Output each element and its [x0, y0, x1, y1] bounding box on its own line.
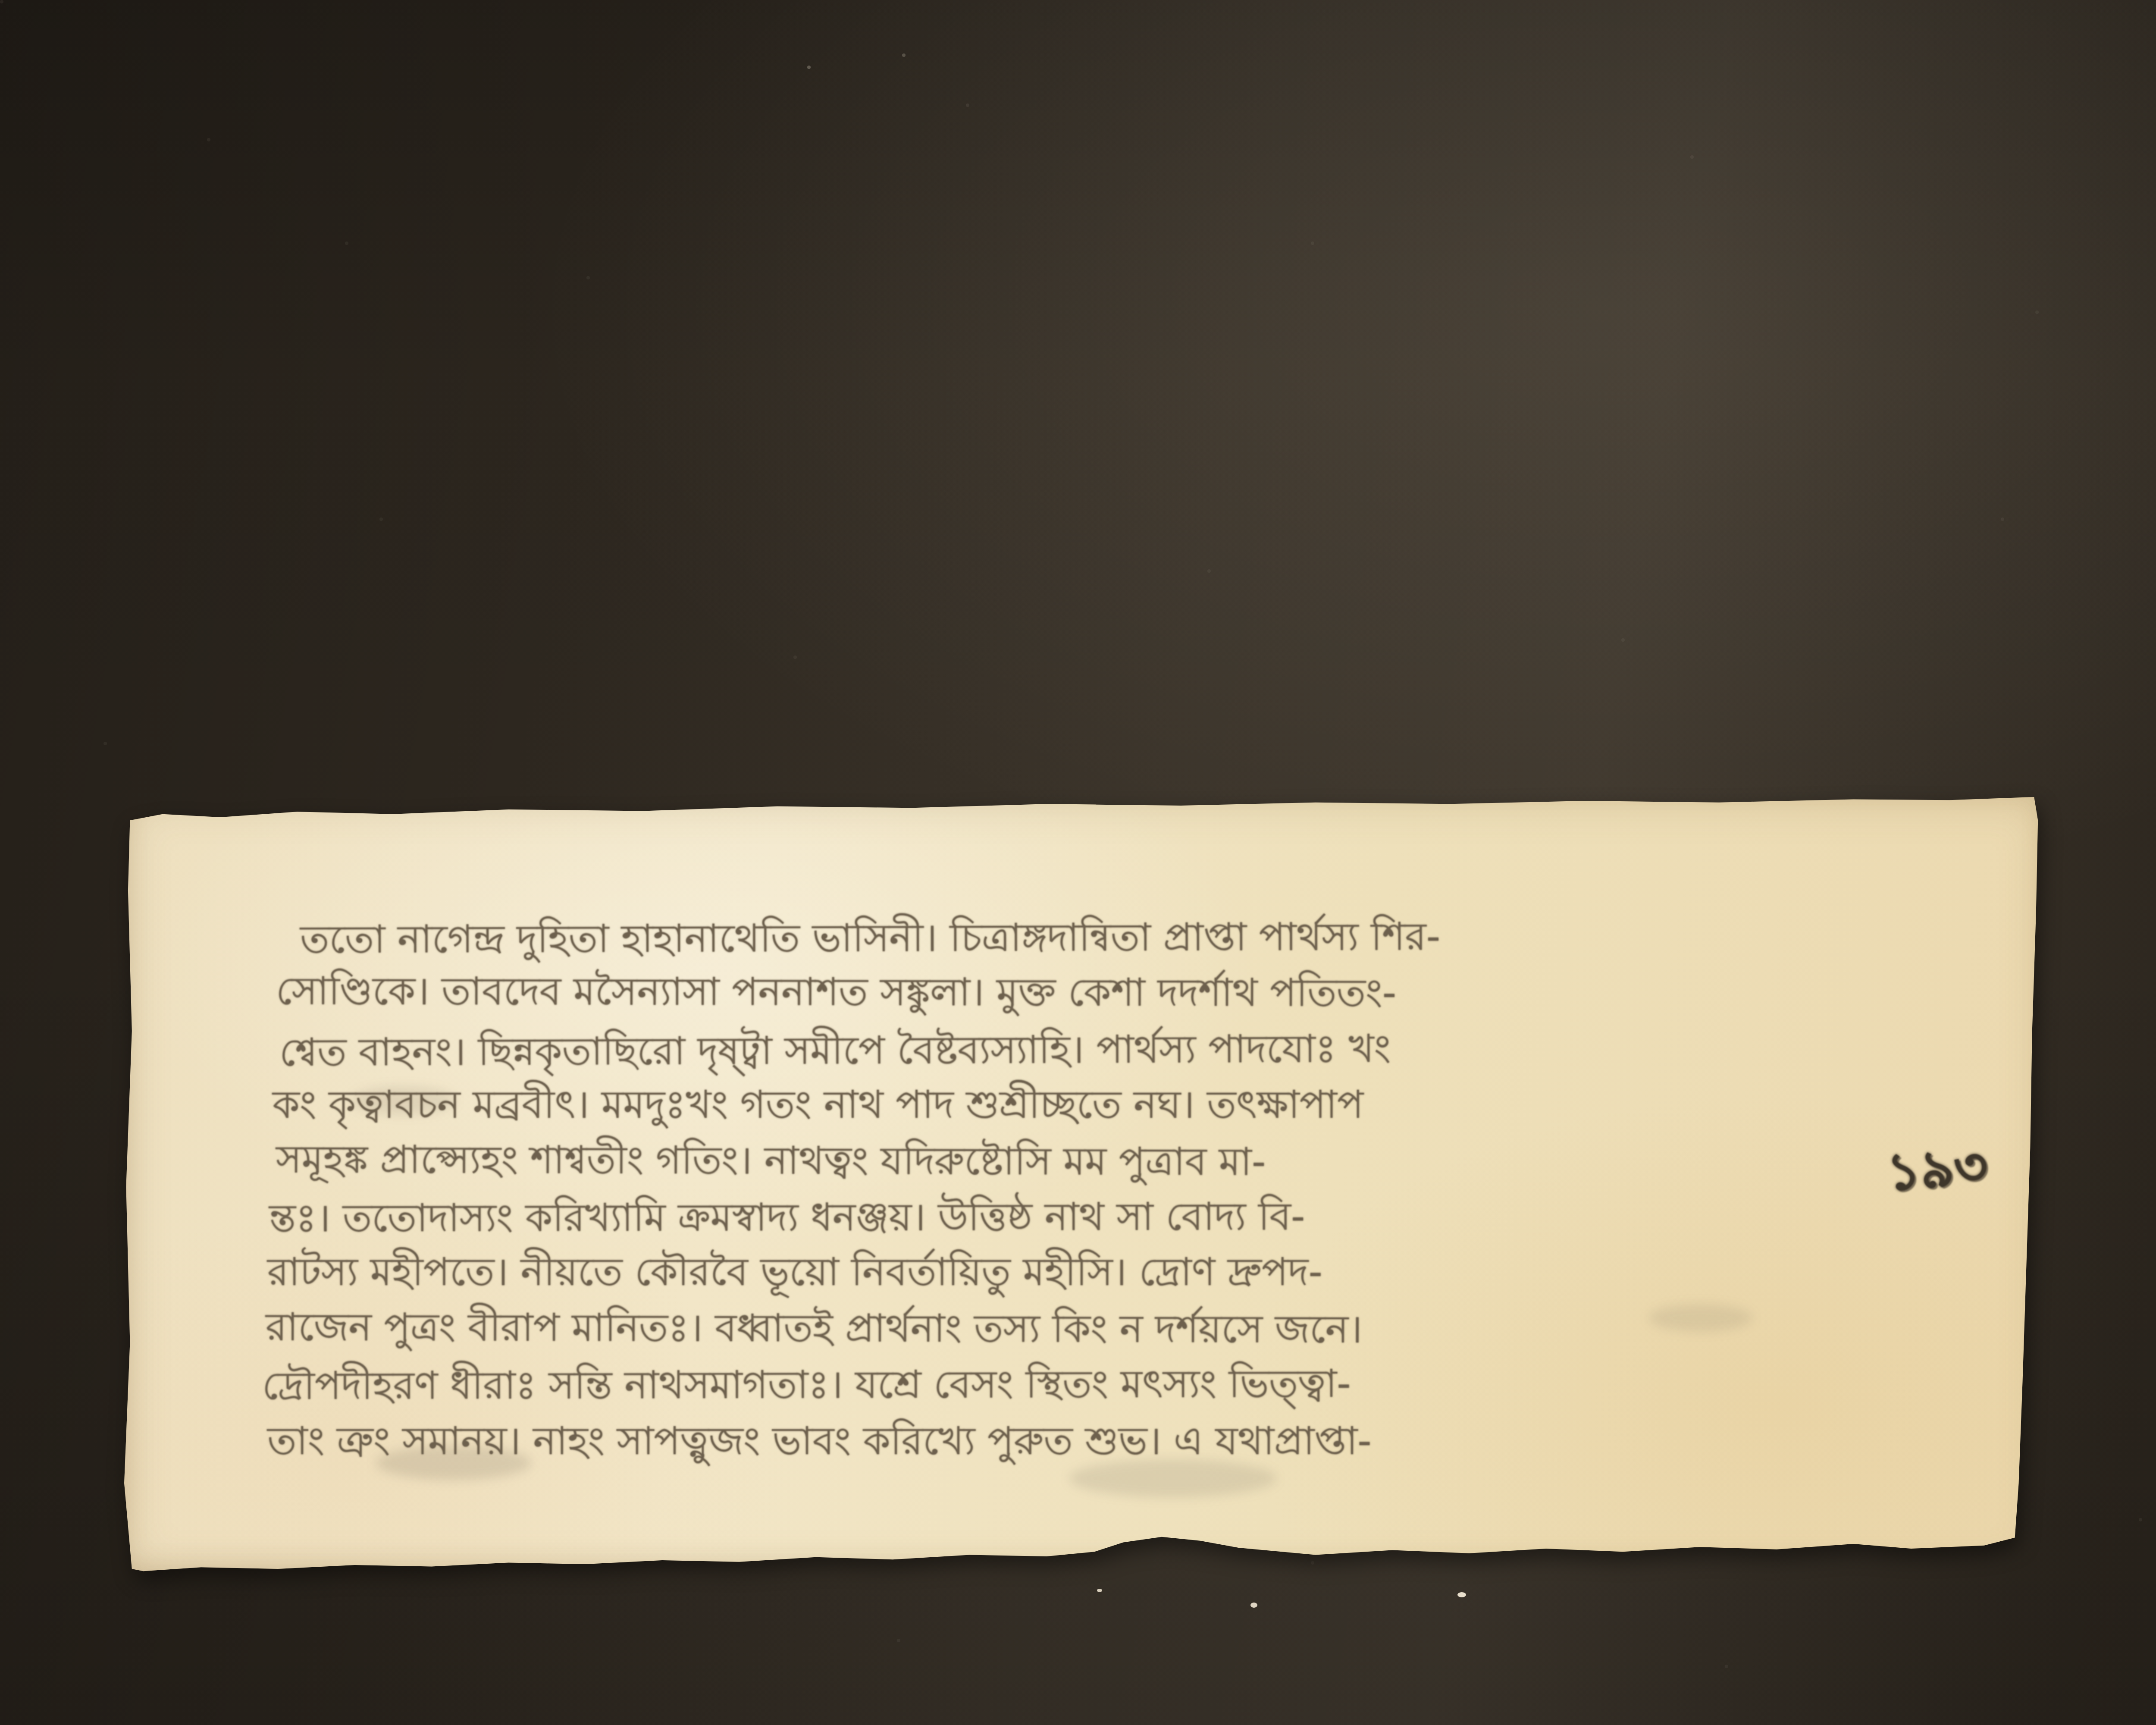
text-line: দ্রৌপদীহরণ ধীরাঃ সন্তি নাথসমাগতাঃ। যশ্রে…: [262, 1356, 2018, 1415]
backing-board-speckles: [0, 0, 3, 3]
dust-speck: [807, 66, 811, 69]
text-line: রাজেন পুত্রং বীরাপ মানিতঃ। বধ্বাতই প্রার…: [266, 1300, 2018, 1360]
text-line: শ্বেত বাহনং। ছিন্নকৃতাছিরো দৃষ্ট্বা সমীপ…: [279, 1019, 2018, 1082]
paper-sheet: ততো নাগেন্দ্র দুহিতা হাহানাথেতি ভাসিনী। …: [124, 797, 2046, 1577]
handwritten-text-block: ততো নাগেন্দ্র দুহিতা হাহানাথেতি ভাসিনী। …: [276, 911, 2018, 1470]
text-line: কং কৃত্বাবচন মব্রবীৎ। মমদুঃখং গতং নাথ পা…: [273, 1079, 2018, 1135]
text-line: রাটস্য মহীপতে। নীয়তে কৌরবৈ ভূয়ো নিবর্ত…: [267, 1246, 2018, 1302]
manuscript-page: ততো নাগেন্দ্র দুহিতা হাহানাথেতি ভাসিনী। …: [124, 797, 2046, 1577]
text-line: ততো নাগেন্দ্র দুহিতা হাহানাথেতি ভাসিনী। …: [300, 909, 2018, 969]
text-line: সোণ্ডিকে। তাবদেব মসৈন্যাসা পননাশত সঙ্কুল…: [276, 965, 2018, 1024]
dust-speck: [1250, 1603, 1257, 1608]
photo-of-manuscript: ততো নাগেন্দ্র দুহিতা হাহানাথেতি ভাসিনী। …: [0, 0, 2156, 1725]
dust-speck: [1457, 1592, 1466, 1597]
folio-number: ১৯৩: [1884, 1125, 1990, 1220]
text-line: সমূহঙ্ক প্রাপ্স্যেহং শাশ্বতীং গতিং। নাথত…: [276, 1132, 2018, 1192]
dust-speck: [1097, 1589, 1102, 1592]
text-line: ন্তঃ। ততোদাস্যং করিখ্যামি ক্রমস্বাদ্য ধন…: [269, 1189, 2018, 1248]
text-line: তাং ত্রুং সমানয়। নাহং সাপত্নুজং ভাবং কর…: [267, 1414, 2018, 1470]
photo-viewport: ততো নাগেন্দ্র দুহিতা হাহানাথেতি ভাসিনী। …: [0, 0, 2156, 1725]
dust-speck: [902, 53, 906, 57]
